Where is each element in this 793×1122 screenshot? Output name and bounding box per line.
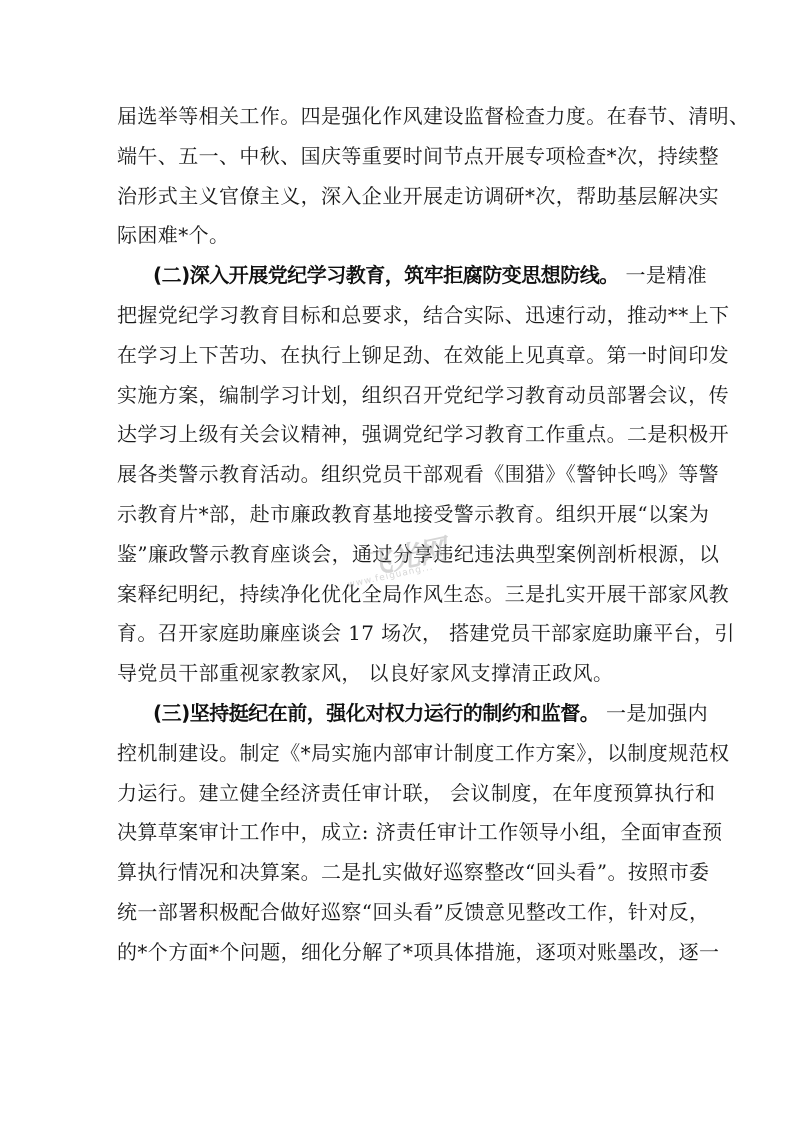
paragraph-line: 案释纪明纪，持续净化优化全局作风生态。三是扎实开展干部家风教	[117, 575, 675, 615]
section-heading-line: (二)深入开展党纪学习教育，筑牢拒腐防变思想防线。 一是精准	[117, 256, 675, 296]
paragraph-line: 控机制建设。制定《*局实施内部审计制度工作方案》，以制度规范权	[117, 734, 675, 774]
paragraph-line: 示教育片*部，赴市廉政教育基地接受警示教育。组织开展“以案为	[117, 495, 675, 535]
paragraph-line: 端午、五一、中秋、国庆等重要时间节点开展专项检查*次，持续整	[117, 137, 675, 177]
paragraph-line: 导党员干部重视家教家风， 以良好家风支撑清正政风。	[117, 654, 675, 694]
paragraph-line: 实施方案，编制学习计划，组织召开党纪学习教育动员部署会议，传	[117, 376, 675, 416]
section-heading-line: (三)坚持挺纪在前，强化对权力运行的制约和监督。 一是加强内	[117, 694, 675, 734]
document-page: 届选举等相关工作。四是强化作风建设监督检查力度。在春节、清明、 端午、五一、中秋…	[0, 0, 793, 1122]
paragraph-line: 决算草案审计工作中，成立: 济责任审计工作领导小组，全面审查预	[117, 813, 675, 853]
paragraph-text: 一是加强内	[599, 701, 708, 725]
paragraph-line: 把握党纪学习教育目标和总要求，结合实际、迅速行动，推动**上下	[117, 296, 675, 336]
paragraph-line: 届选举等相关工作。四是强化作风建设监督检查力度。在春节、清明、	[117, 97, 675, 137]
paragraph-line: 际困难*个。	[117, 216, 675, 256]
paragraph-line: 育。召开家庭助廉座谈会 17 场次， 搭建党员干部家庭助廉平台，引	[117, 614, 675, 654]
paragraph-text: 一是精准	[619, 263, 707, 287]
paragraph-line: 的*个方面*个问题，细化分解了*项具体措施，逐项对账墨改，逐一	[117, 933, 675, 973]
section-heading-2: (二)深入开展党纪学习教育，筑牢拒腐防变思想防线。	[153, 263, 619, 287]
paragraph-line: 达学习上级有关会议精神，强调党纪学习教育工作重点。二是积极开	[117, 415, 675, 455]
paragraph-line: 统一部署积极配合做好巡察“回头看”反馈意见整改工作，针对反，	[117, 893, 675, 933]
document-body: 届选举等相关工作。四是强化作风建设监督检查力度。在春节、清明、 端午、五一、中秋…	[117, 97, 675, 973]
paragraph-line: 治形式主义官僚主义，深入企业开展走访调研*次，帮助基层解决实	[117, 177, 675, 217]
paragraph-line: 展各类警示教育活动。组织党员干部观看《围猎》《警钟长鸣》等警	[117, 455, 675, 495]
paragraph-line: 算执行情况和决算案。二是扎实做好巡察整改“回头看”。按照市委	[117, 853, 675, 893]
paragraph-line: 力运行。建立健全经济责任审计联， 会议制度，在年度预算执行和	[117, 774, 675, 814]
paragraph-line: 在学习上下苦功、在执行上铆足劲、在效能上见真章。第一时间印发	[117, 336, 675, 376]
section-heading-3: (三)坚持挺纪在前，强化对权力运行的制约和监督。	[153, 701, 599, 725]
paragraph-line: 鉴”廉政警示教育座谈会，通过分享违纪违法典型案例剖析根源，以	[117, 535, 675, 575]
